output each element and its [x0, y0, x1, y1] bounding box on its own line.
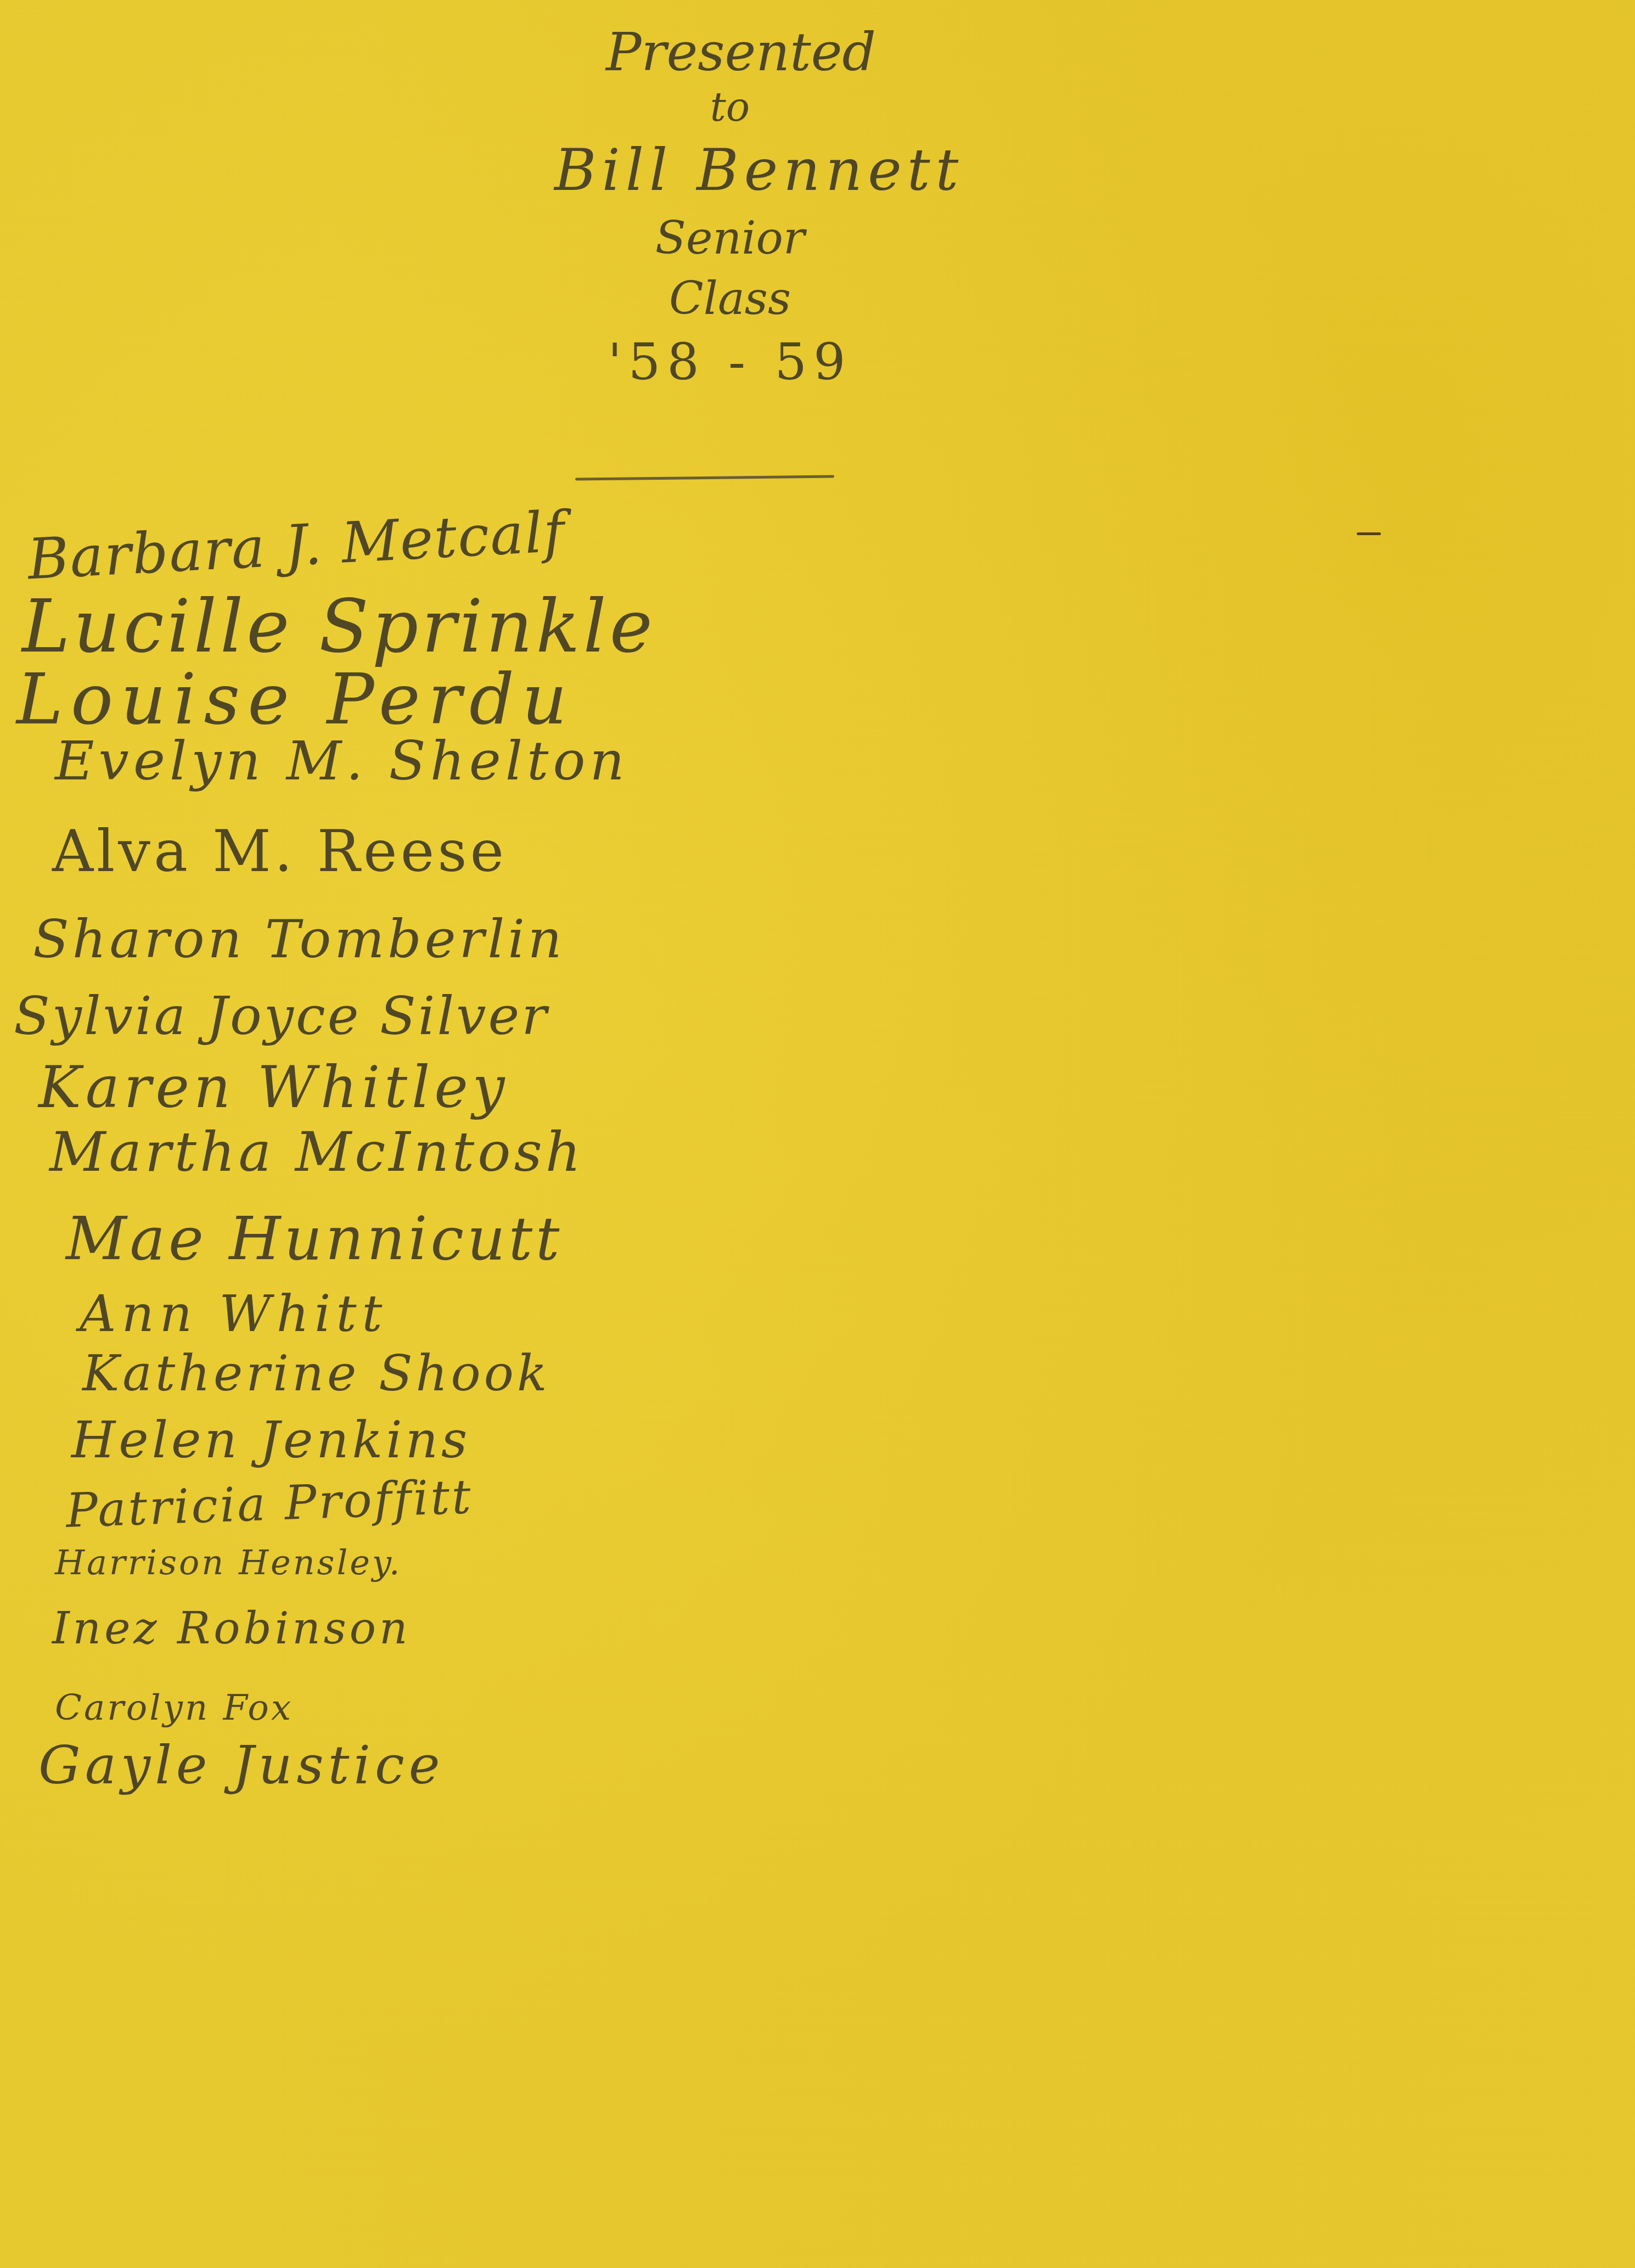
- header-presented: Presented: [543, 22, 939, 82]
- signature-patricia-proffitt: Patricia Proffitt: [65, 1469, 474, 1539]
- signature-inez-robinson: Inez Robinson: [52, 1603, 411, 1654]
- signature-lucille-sprinkle: Lucille Sprinkle: [22, 585, 656, 669]
- header-senior: Senior: [521, 209, 939, 269]
- signature-karen-whitley: Karen Whitley: [38, 1054, 509, 1121]
- stray-pencil-mark: [1357, 532, 1381, 535]
- signature-evelyn-shelton: Evelyn M. Shelton: [55, 730, 629, 793]
- header-underline-divider: [575, 475, 834, 481]
- signature-harrison-hensley: Harrison Hensley.: [55, 1542, 402, 1582]
- signature-ann-whitt: Ann Whitt: [80, 1284, 387, 1343]
- signature-helen-jenkins: Helen Jenkins: [71, 1411, 470, 1469]
- signature-martha-mcintosh: Martha McIntosh: [49, 1120, 584, 1184]
- header-recipient-name: Bill Bennett: [554, 132, 939, 209]
- signature-barbara-metcalf: Barbara J. Metcalf: [26, 499, 567, 592]
- signature-page: Presented to Bill Bennett Senior Class '…: [0, 0, 1635, 2268]
- signature-sylvia-silver: Sylvia Joyce Silver: [14, 985, 549, 1047]
- signature-mae-hunnicutt: Mae Hunnicutt: [66, 1205, 563, 1273]
- signature-carolyn-fox: Carolyn Fox: [55, 1688, 293, 1728]
- signature-louise-perdu: Louise Perdu: [16, 659, 575, 740]
- signature-sharon-tomberlin: Sharon Tomberlin: [33, 908, 565, 970]
- header-class: Class: [521, 269, 939, 329]
- dedication-header: Presented to Bill Bennett Senior Class '…: [521, 22, 939, 395]
- signature-alva-reese: Alva M. Reese: [52, 818, 507, 885]
- signature-katherine-shook: Katherine Shook: [82, 1345, 550, 1402]
- signature-gayle-justice: Gayle Justice: [38, 1734, 445, 1796]
- header-to: to: [521, 82, 939, 132]
- header-class-years: '58 - 59: [521, 329, 939, 395]
